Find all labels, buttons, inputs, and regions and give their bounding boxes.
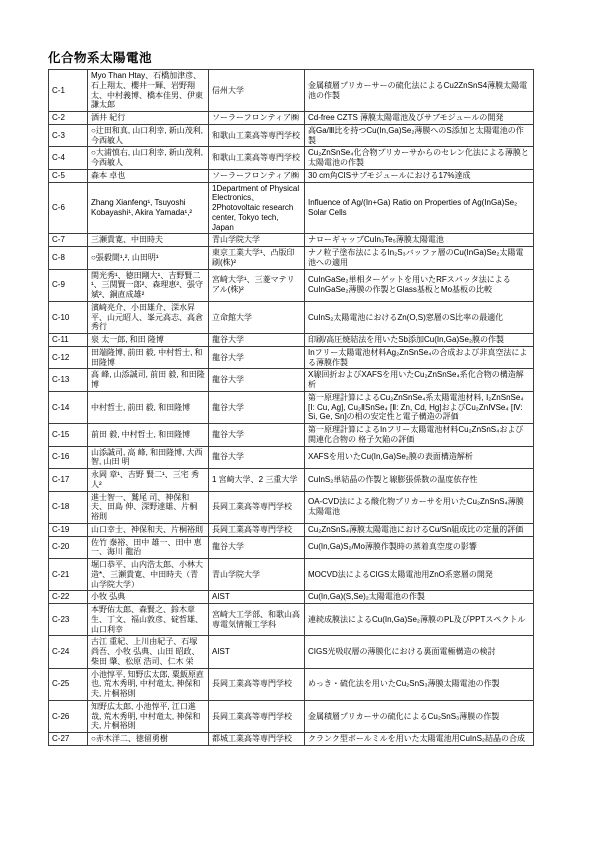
cell-affiliation: 1 宮崎大学、2 三重大学	[209, 469, 305, 492]
cell-affiliation: 長岡工業高等専門学校	[209, 668, 305, 700]
program-table-body: C-1 Myo Than Htay、石橋加津彦、石上翔太、櫻井一輝、岩野翔太、中…	[49, 70, 534, 746]
cell-paper-title: Cu(In,Ga)(S,Se)₂太陽電池の作製	[305, 591, 534, 604]
cell-paper-title: 印刷/高圧焼結法を用いたSb添加Cu(In,Ga)Se₂膜の作製	[305, 334, 534, 347]
cell-affiliation: AIST	[209, 591, 305, 604]
cell-authors: 永岡 章¹、吉野 賢二¹、三宅 秀人²	[88, 469, 209, 492]
cell-paper-id: C-23	[49, 604, 88, 636]
cell-paper-id: C-10	[49, 301, 88, 333]
cell-paper-title: 第一原理計算によるInフリー太陽電池材料Cu₂ZnSnS₄および関連化合物の 格…	[305, 424, 534, 447]
cell-authors: ○赤木洋二、徳留勇樹	[88, 733, 209, 746]
table-row: C-16 山添誠司, 高 峰, 和田隆博, 大西智, 山田 明 龍谷大学 XAF…	[49, 446, 534, 469]
cell-authors: ○張毅聞¹,², 山田明¹	[88, 247, 209, 270]
cell-authors: 小池惇平, 知野広太郎, 粟飯原直也, 荒木秀明, 中村竜太, 神保和夫, 片桐…	[88, 668, 209, 700]
cell-paper-id: C-7	[49, 234, 88, 247]
cell-authors: 三瀬貴寛、中田時夫	[88, 234, 209, 247]
cell-authors: Myo Than Htay、石橋加津彦、石上翔太、櫻井一輝、岩野翔太、中村義博、…	[88, 70, 209, 112]
cell-authors: 進士智一、鷲尾 司、神保和夫、田島 伸、深野達雄、片桐裕則	[88, 491, 209, 523]
cell-paper-title: CuInGaSe₂単相ターゲットを用いたRFスパッタ法によるCuInGaSe₂薄…	[305, 269, 534, 301]
cell-authors: ○大浦慎右, 山口利幸, 新山茂利, 今西敏人	[88, 147, 209, 170]
cell-paper-title: 金属積層プリカーサの硫化によるCu₂SnS₃薄膜の作製	[305, 700, 534, 732]
cell-paper-title: Inフリー太陽電池材料Ag₂ZnSnSe₄の合成および非真空法による薄膜作製	[305, 346, 534, 369]
cell-affiliation: 青山学院大学	[209, 559, 305, 591]
table-row: C-27 ○赤木洋二、徳留勇樹 都城工業高等専門学校 クランク型ボールミルを用い…	[49, 733, 534, 746]
cell-authors: 前田 毅, 中村哲士, 和田隆博	[88, 424, 209, 447]
table-row: C-17 永岡 章¹、吉野 賢二¹、三宅 秀人² 1 宮崎大学、2 三重大学 C…	[49, 469, 534, 492]
cell-paper-title: めっき・硫化法を用いたCu₂SnS₃薄膜太陽電池の作製	[305, 668, 534, 700]
cell-paper-id: C-22	[49, 591, 88, 604]
cell-paper-id: C-15	[49, 424, 88, 447]
cell-paper-title: 連続成膜法によるCu(In,Ga)Se₂薄膜のPL及びPPTスペクトル	[305, 604, 534, 636]
table-row: C-25 小池惇平, 知野広太郎, 粟飯原直也, 荒木秀明, 中村竜太, 神保和…	[49, 668, 534, 700]
cell-affiliation: AIST	[209, 636, 305, 668]
cell-affiliation: 龍谷大学	[209, 346, 305, 369]
cell-paper-title: CIGS光吸収層の薄膜化における裏面電極構造の検討	[305, 636, 534, 668]
cell-paper-id: C-26	[49, 700, 88, 732]
cell-affiliation: 龍谷大学	[209, 369, 305, 392]
cell-affiliation: 和歌山工業高等専門学校	[209, 147, 305, 170]
cell-affiliation: 1Department of Physical Electronics、2Pho…	[209, 182, 305, 234]
cell-paper-id: C-21	[49, 559, 88, 591]
cell-paper-id: C-9	[49, 269, 88, 301]
table-row: C-22 小牧 弘典 AIST Cu(In,Ga)(S,Se)₂太陽電池の作製	[49, 591, 534, 604]
table-row: C-12 田端隆博, 前田 毅, 中村哲士, 和田隆博 龍谷大学 Inフリー太陽…	[49, 346, 534, 369]
cell-paper-title: Influence of Ag/(In+Ga) Ratio on Propert…	[305, 182, 534, 234]
cell-affiliation: 龍谷大学	[209, 391, 305, 423]
table-row: C-7 三瀬貴寛、中田時夫 青山学院大学 ナローギャップCuIn₃Te₅薄膜太陽…	[49, 234, 534, 247]
cell-paper-title: 30 cm角CISサブモジュールにおける17%達成	[305, 169, 534, 182]
cell-paper-title: CuInS₂単結晶の作製と線膨張係数の温度依存性	[305, 469, 534, 492]
table-row: C-14 中村哲士, 前田 毅, 和田隆博 龍谷大学 第一原理計算によるCu₂Z…	[49, 391, 534, 423]
cell-paper-title: XAFSを用いたCu(In,Ga)Se₂膜の表面構造解析	[305, 446, 534, 469]
cell-affiliation: ソーラーフロンティア㈱	[209, 112, 305, 125]
cell-paper-id: C-14	[49, 391, 88, 423]
cell-affiliation: ソーラーフロンティア㈱	[209, 169, 305, 182]
cell-paper-id: C-11	[49, 334, 88, 347]
cell-affiliation: 東京工業大学¹、凸版印刷(株)²	[209, 247, 305, 270]
table-row: C-21 堀口恭平、山内浩太郎、小林大造*、三瀬貴寛、中田時夫（青山学院大学） …	[49, 559, 534, 591]
cell-affiliation: 宮崎大工学部、和歌山高専電気情報工学科	[209, 604, 305, 636]
table-row: C-3 ○辻田和真, 山口利幸, 新山茂利, 今西敏人 和歌山工業高等専門学校 …	[49, 124, 534, 147]
cell-paper-title: MOCVD法によるCIGS太陽電池用ZnO系窓層の開発	[305, 559, 534, 591]
cell-paper-id: C-20	[49, 536, 88, 559]
cell-authors: 知野広太郎, 小池惇平, 江口進哉, 荒木秀明, 中村竜太, 神保和夫, 片桐裕…	[88, 700, 209, 732]
cell-paper-id: C-12	[49, 346, 88, 369]
cell-affiliation: 宮崎大学¹、三菱マテリアル(株)²	[209, 269, 305, 301]
table-row: C-20 佐竹 泰裕、田中 雄一、田中 恵一、海川 龍治 龍谷大学 Cu(In,…	[49, 536, 534, 559]
cell-affiliation: 龍谷大学	[209, 446, 305, 469]
table-row: C-9 関光秀¹、徳田剛大¹、吉野賢二¹、三関賢一郎²、森理恵²、張守斌²、銅直…	[49, 269, 534, 301]
cell-affiliation: 都城工業高等専門学校	[209, 733, 305, 746]
table-row: C-15 前田 毅, 中村哲士, 和田隆博 龍谷大学 第一原理計算によるInフリ…	[49, 424, 534, 447]
cell-authors: Zhang Xianfeng¹, Tsuyoshi Kobayashi¹, Ak…	[88, 182, 209, 234]
cell-authors: 高 峰, 山添誠司, 前田 毅, 和田隆博	[88, 369, 209, 392]
cell-affiliation: 立命館大学	[209, 301, 305, 333]
table-row: C-4 ○大浦慎右, 山口利幸, 新山茂利, 今西敏人 和歌山工業高等専門学校 …	[49, 147, 534, 170]
cell-paper-id: C-17	[49, 469, 88, 492]
table-row: C-11 泉 太一郎, 和田 隆博 龍谷大学 印刷/高圧焼結法を用いたSb添加C…	[49, 334, 534, 347]
cell-authors: 本野佑太郎、森賢之、鈴木章生、丁文、福山敦彦、碇哲雄、山口利幸	[88, 604, 209, 636]
cell-authors: 山口幸士、神保和夫、片桐裕則	[88, 523, 209, 536]
cell-paper-id: C-13	[49, 369, 88, 392]
table-row: C-26 知野広太郎, 小池惇平, 江口進哉, 荒木秀明, 中村竜太, 神保和夫…	[49, 700, 534, 732]
cell-paper-title: クランク型ボールミルを用いた太陽電池用CuInS₂結晶の合成	[305, 733, 534, 746]
table-row: C-13 高 峰, 山添誠司, 前田 毅, 和田隆博 龍谷大学 X線回折およびX…	[49, 369, 534, 392]
cell-authors: 山添誠司, 高 峰, 和田隆博, 大西智, 山田 明	[88, 446, 209, 469]
cell-paper-id: C-25	[49, 668, 88, 700]
cell-paper-title: OA-CVD法による酸化物プリカーサを用いたCu₂ZnSnS₄薄膜太陽電池	[305, 491, 534, 523]
cell-affiliation: 龍谷大学	[209, 536, 305, 559]
cell-authors: 森本 卓也	[88, 169, 209, 182]
cell-affiliation: 龍谷大学	[209, 334, 305, 347]
cell-paper-id: C-18	[49, 491, 88, 523]
cell-paper-title: X線回折およびXAFSを用いたCu₂ZnSnSe₄系化合物の構造解析	[305, 369, 534, 392]
cell-paper-title: ナノ粒子塗布法によるIn₂S₃バッファ層のCu(InGa)Se₂太陽電池への適用	[305, 247, 534, 270]
cell-authors: 小牧 弘典	[88, 591, 209, 604]
cell-authors: 堀口恭平、山内浩太郎、小林大造*、三瀬貴寛、中田時夫（青山学院大学）	[88, 559, 209, 591]
cell-paper-title: Cu(In,Ga)S₂/Mo薄膜作製時の蒸着真空度の影響	[305, 536, 534, 559]
cell-paper-id: C-16	[49, 446, 88, 469]
cell-paper-id: C-1	[49, 70, 88, 112]
cell-authors: ○辻田和真, 山口利幸, 新山茂利, 今西敏人	[88, 124, 209, 147]
cell-paper-title: CuInS₂太陽電池におけるZn(O,S)窓層のS比率の最適化	[305, 301, 534, 333]
cell-paper-id: C-8	[49, 247, 88, 270]
cell-paper-id: C-6	[49, 182, 88, 234]
cell-affiliation: 龍谷大学	[209, 424, 305, 447]
table-row: C-18 進士智一、鷲尾 司、神保和夫、田島 伸、深野達雄、片桐裕則 長岡工業高…	[49, 491, 534, 523]
cell-paper-id: C-2	[49, 112, 88, 125]
cell-paper-id: C-5	[49, 169, 88, 182]
page-title: 化合物系太陽電池	[48, 48, 581, 66]
cell-authors: 酒井 紀行	[88, 112, 209, 125]
cell-authors: 関光秀¹、徳田剛大¹、吉野賢二¹、三関賢一郎²、森理恵²、張守斌²、銅直成雄²	[88, 269, 209, 301]
cell-affiliation: 長岡工業高等専門学校	[209, 523, 305, 536]
page: 化合物系太陽電池 C-1 Myo Than Htay、石橋加津彦、石上翔太、櫻井…	[0, 0, 595, 746]
table-row: C-19 山口幸士、神保和夫、片桐裕則 長岡工業高等専門学校 Cu₂ZnSnS₄…	[49, 523, 534, 536]
cell-paper-title: 高Ga/Ⅲ比を持つCu(In,Ga)Se₂薄膜へのS添加と太陽電池の作製	[305, 124, 534, 147]
cell-paper-id: C-24	[49, 636, 88, 668]
cell-authors: 古江 重紀、上川由紀子、石塚 尚吾、小牧 弘典、山田 昭政、柴田 肇、松原 浩司…	[88, 636, 209, 668]
cell-affiliation: 長岡工業高等専門学校	[209, 700, 305, 732]
cell-paper-title: Cu₂ZnSnSe₄化合物プリカーサからのセレン化法による薄膜と太陽電池の作製	[305, 147, 534, 170]
cell-affiliation: 長岡工業高等専門学校	[209, 491, 305, 523]
cell-authors: 佐竹 泰裕、田中 雄一、田中 恵一、海川 龍治	[88, 536, 209, 559]
program-table: C-1 Myo Than Htay、石橋加津彦、石上翔太、櫻井一輝、岩野翔太、中…	[48, 69, 534, 746]
cell-affiliation: 信州大学	[209, 70, 305, 112]
cell-paper-id: C-27	[49, 733, 88, 746]
cell-affiliation: 和歌山工業高等専門学校	[209, 124, 305, 147]
cell-paper-id: C-4	[49, 147, 88, 170]
cell-authors: 濱崎亮介、小田雄介、深水昇平、山元昭人、峯元高志、高倉秀行	[88, 301, 209, 333]
table-row: C-8 ○張毅聞¹,², 山田明¹ 東京工業大学¹、凸版印刷(株)² ナノ粒子塗…	[49, 247, 534, 270]
table-row: C-5 森本 卓也 ソーラーフロンティア㈱ 30 cm角CISサブモジュールにお…	[49, 169, 534, 182]
table-row: C-10 濱崎亮介、小田雄介、深水昇平、山元昭人、峯元高志、高倉秀行 立命館大学…	[49, 301, 534, 333]
table-row: C-6 Zhang Xianfeng¹, Tsuyoshi Kobayashi¹…	[49, 182, 534, 234]
table-row: C-1 Myo Than Htay、石橋加津彦、石上翔太、櫻井一輝、岩野翔太、中…	[49, 70, 534, 112]
cell-paper-id: C-3	[49, 124, 88, 147]
cell-paper-title: Cd-free CZTS 薄膜太陽電池及びサブモジュールの開発	[305, 112, 534, 125]
cell-paper-title: 金属積層プリカーサーの硫化法によるCu2ZnSnS4薄膜太陽電池の作製	[305, 70, 534, 112]
table-row: C-2 酒井 紀行 ソーラーフロンティア㈱ Cd-free CZTS 薄膜太陽電…	[49, 112, 534, 125]
cell-paper-title: 第一原理計算によるCu₂ZnSnSe₄系太陽電池材料, Ⅰ₂ZnSnSe₄ [Ⅰ…	[305, 391, 534, 423]
cell-authors: 泉 太一郎, 和田 隆博	[88, 334, 209, 347]
cell-paper-id: C-19	[49, 523, 88, 536]
cell-authors: 田端隆博, 前田 毅, 中村哲士, 和田隆博	[88, 346, 209, 369]
cell-affiliation: 青山学院大学	[209, 234, 305, 247]
table-row: C-23 本野佑太郎、森賢之、鈴木章生、丁文、福山敦彦、碇哲雄、山口利幸 宮崎大…	[49, 604, 534, 636]
table-row: C-24 古江 重紀、上川由紀子、石塚 尚吾、小牧 弘典、山田 昭政、柴田 肇、…	[49, 636, 534, 668]
cell-paper-title: Cu₂ZnSnS₄薄膜太陽電池におけるCu/Sn組成比の定量的評価	[305, 523, 534, 536]
cell-authors: 中村哲士, 前田 毅, 和田隆博	[88, 391, 209, 423]
cell-paper-title: ナローギャップCuIn₃Te₅薄膜太陽電池	[305, 234, 534, 247]
